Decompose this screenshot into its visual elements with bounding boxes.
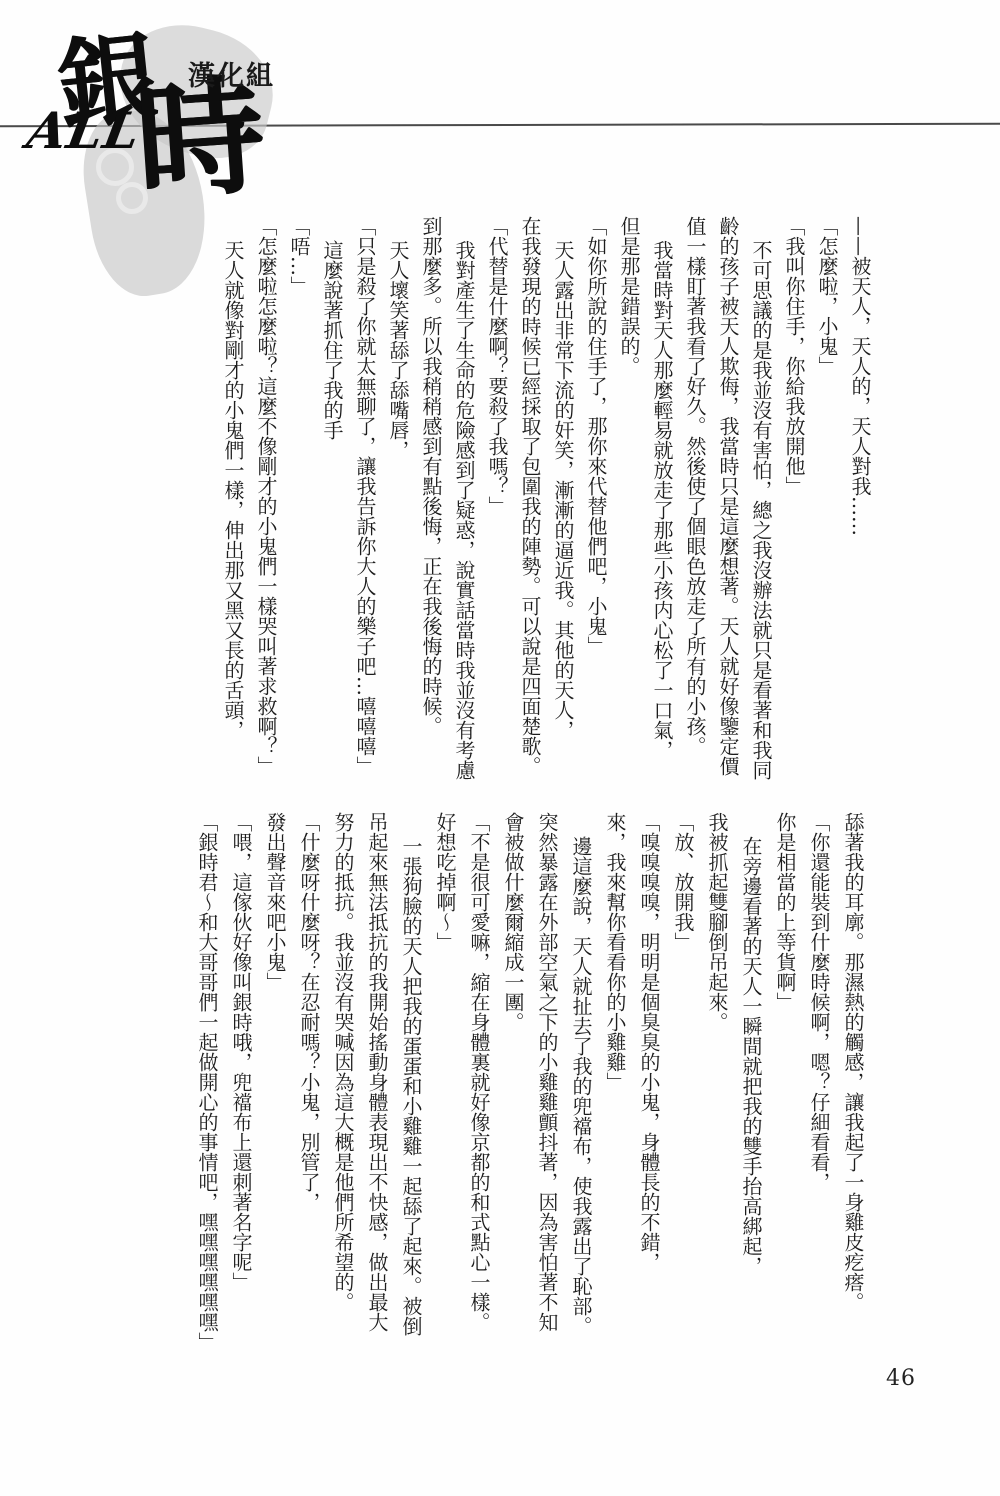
text-column: 「什麼呀什麼呀？在忍耐嗎？小鬼，別管了， — [292, 812, 326, 1378]
text-column: 你是相當的上等貨啊」 — [768, 812, 802, 1378]
text-column: 好想吃掉啊～」 — [428, 812, 462, 1378]
logo-all-label: ALL — [24, 106, 145, 156]
text-column: 「不是很可愛嘛，縮在身體裏就好像京都的和式點心一樣。 — [462, 812, 496, 1378]
text-column: 齡的孩子被天人欺侮，我當時只是這麼想著。天人就好像鑒定價 — [711, 216, 744, 794]
page-number: 46 — [886, 1366, 916, 1391]
text-column: 「只是殺了你就太無聊了，讓我告訴你大人的樂子吧…嘻嘻嘻」 — [348, 216, 381, 794]
text-column: 舔著我的耳廓。那濕熱的觸感，讓我起了一身雞皮疙瘩。 — [836, 812, 870, 1378]
text-column: 在我發現的時候已經採取了包圍我的陣勢。可以說是四面楚歌。 — [513, 216, 546, 794]
text-column: 但是那是錯誤的。 — [612, 216, 645, 794]
text-column: 「你還能裝到什麼時候啊，嗯？仔細看看， — [802, 812, 836, 1378]
logo-group-label: 漢化組 — [188, 54, 275, 93]
text-column: 來，我來幫你看看你的小雞雞」 — [598, 812, 632, 1378]
text-column: 到那麼多。所以我稍稍感到有點後悔，正在我後悔的時候。 — [414, 216, 447, 794]
text-column: 吊起來無法抵抗的我開始搖動身體表現出不快感，做出最大 — [360, 812, 394, 1378]
text-column: 「放、放開我」 — [666, 812, 700, 1378]
text-column: 「代替是什麼啊？要殺了我嗎？」 — [480, 216, 513, 794]
text-column: 我對產生了生命的危險感到了疑惑，說實話當時我並沒有考慮 — [447, 216, 480, 794]
text-column: 天人露出非常下流的奸笑，漸漸的逼近我。其他的天人， — [546, 216, 579, 794]
text-column: 突然暴露在外部空氣之下的小雞雞顫抖著，因為害怕著不知 — [530, 812, 564, 1378]
text-column: 「怎麼啦，小鬼」 — [810, 216, 843, 794]
text-block-lower: 舔著我的耳廓。那濕熱的觸感，讓我起了一身雞皮疙瘩。「你還能裝到什麼時候啊，嗯？仔… — [190, 812, 870, 1378]
text-column: 我當時對天人那麼輕易就放走了那些小孩内心松了一口氣， — [645, 216, 678, 794]
text-column: 在旁邊看著的天人一瞬間就把我的雙手抬高綁起， — [734, 812, 768, 1378]
text-column: 一張狗臉的天人把我的蛋蛋和小雞雞一起舔了起來。被倒 — [394, 812, 428, 1378]
text-column: 邊這麼說，天人就扯去了我的兜襠布，使我露出了恥部。 — [564, 812, 598, 1378]
text-column: 「我叫你住手，你給我放開他」 — [777, 216, 810, 794]
text-column: 會被做什麼爾縮成一團。 — [496, 812, 530, 1378]
text-column: 我被抓起雙腳倒吊起來。 — [700, 812, 734, 1378]
text-column: 「嗅嗅嗅嗅，明明是個臭臭的小鬼，身體長的不錯， — [632, 812, 666, 1378]
text-column: 值一樣盯著我看了好久。然後使了個眼色放走了所有的小孩。 — [678, 216, 711, 794]
scanlation-logo: 銀 時 漢化組 ALL — [0, 0, 320, 320]
text-column: 「喂，這傢伙好像叫銀時哦，兜襠布上還刺著名字呢」 — [224, 812, 258, 1378]
text-column: 不可思議的是我並沒有害怕，總之我沒辦法就只是看著和我同 — [744, 216, 777, 794]
text-column: ——被天人，天人的，天人對我…… — [843, 216, 876, 794]
text-column: 努力的抵抗。我並沒有哭喊因為這大概是他們所希望的。 — [326, 812, 360, 1378]
text-column: 「銀時君～和大哥哥們一起做開心的事情吧，嘿嘿嘿嘿嘿嘿」 — [190, 812, 224, 1378]
text-column: 天人壞笑著舔了舔嘴唇， — [381, 216, 414, 794]
text-column: 發出聲音來吧小鬼」 — [258, 812, 292, 1378]
text-column: 「如你所說的住手了，那你來代替他們吧，小鬼」 — [579, 216, 612, 794]
